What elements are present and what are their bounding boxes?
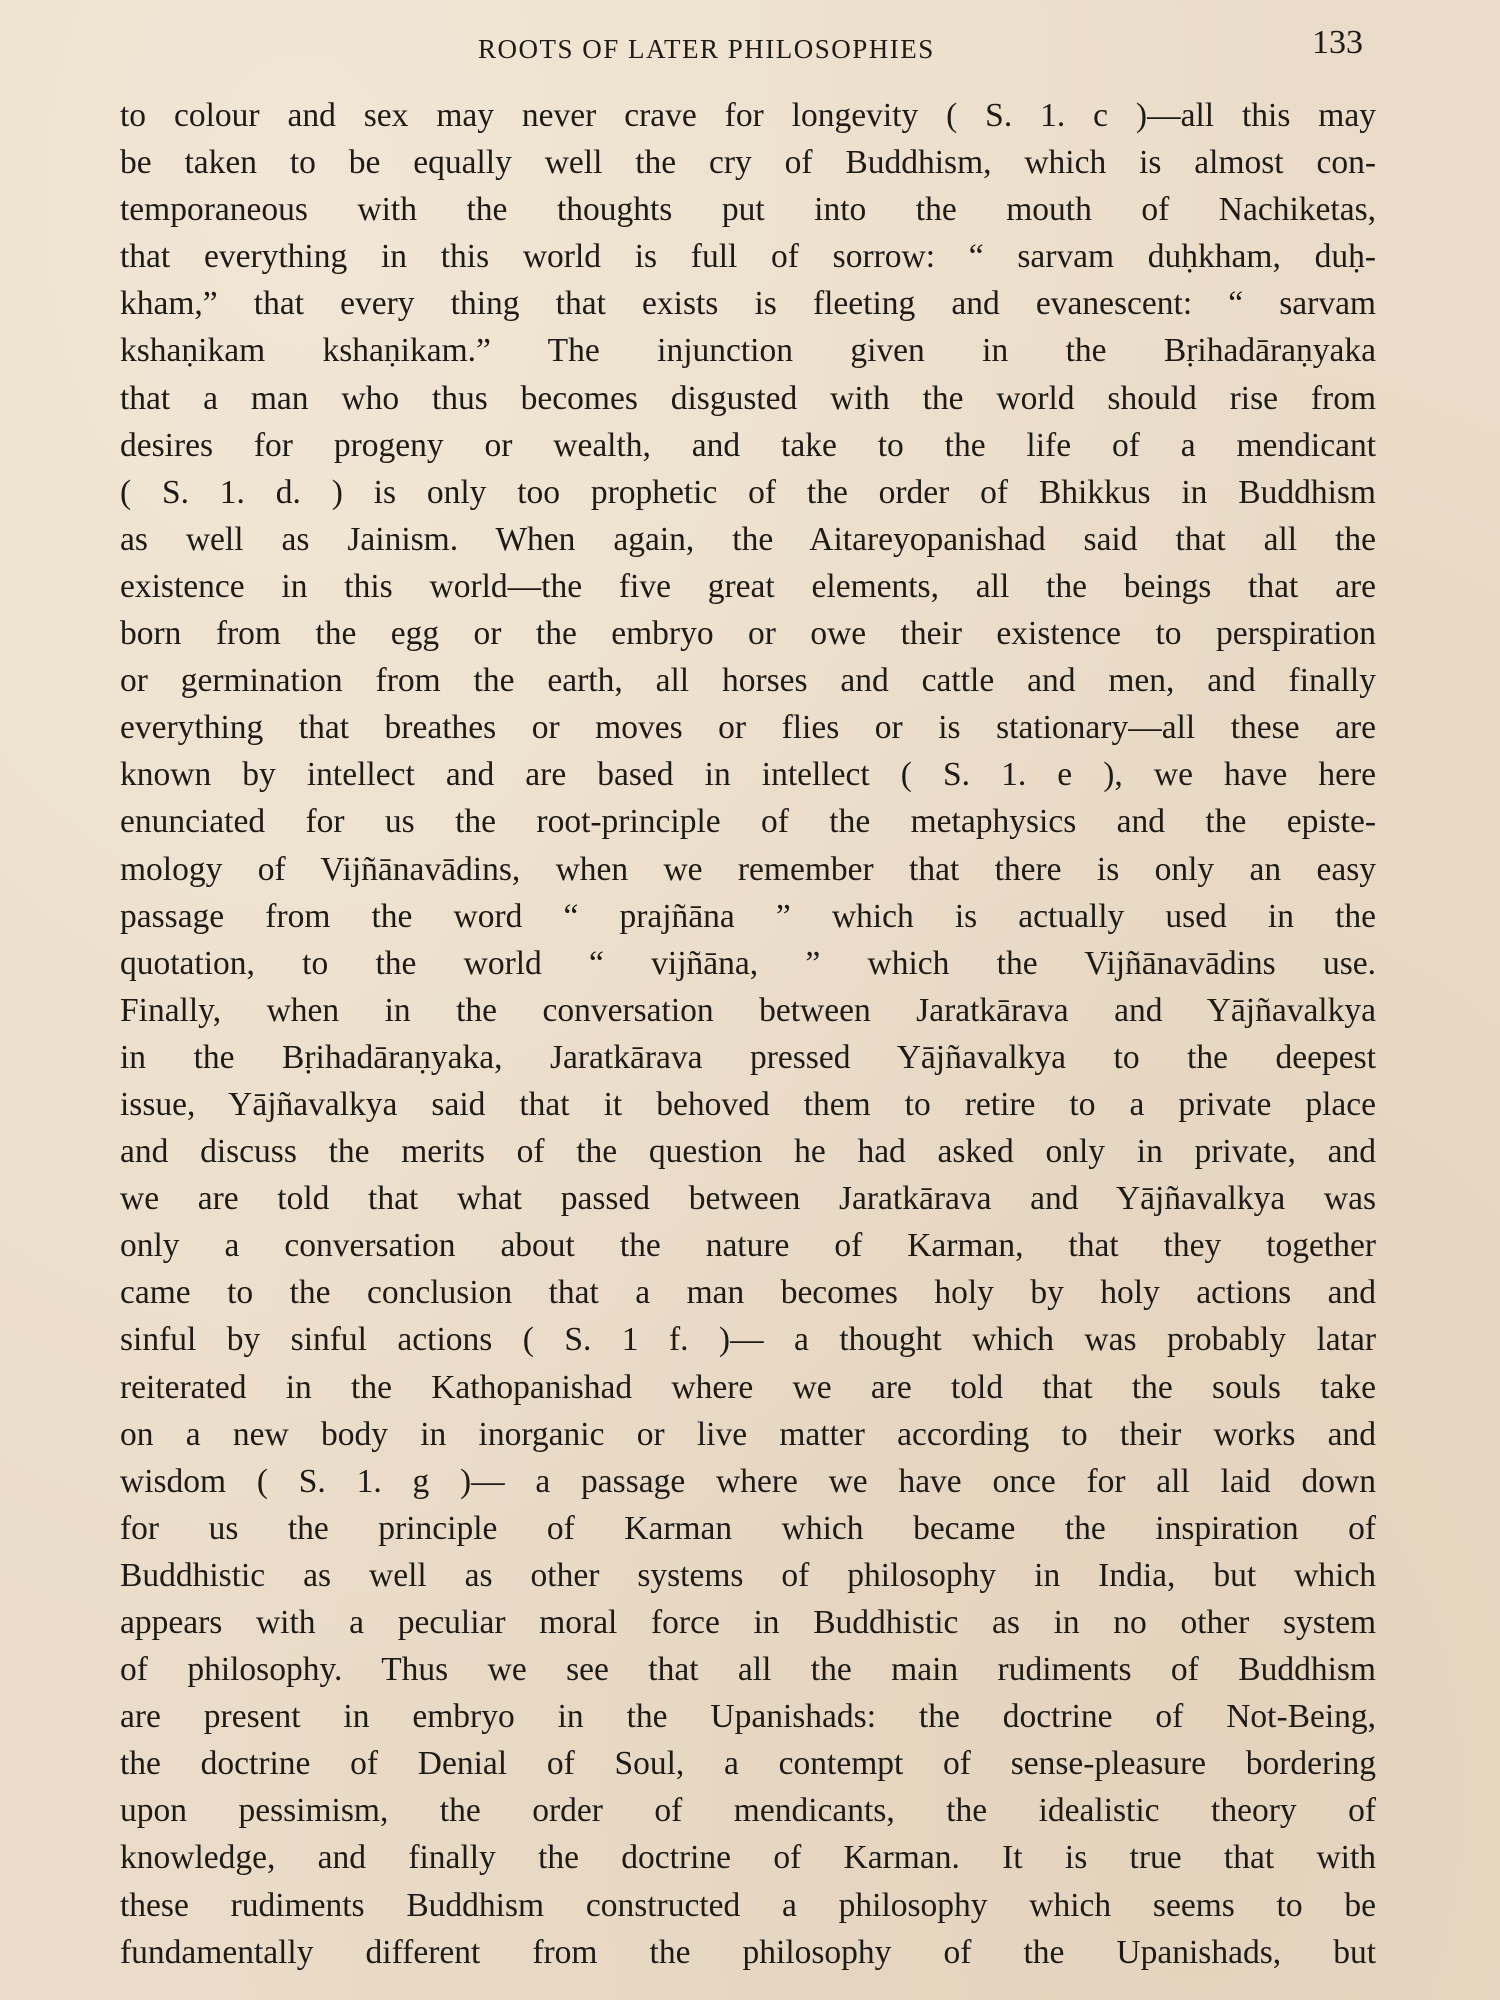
text-line: in the Bṛihadāraṇyaka, Jaratkārava press… <box>120 1034 1376 1081</box>
text-line: upon pessimism, the order of mendicants,… <box>120 1787 1376 1834</box>
text-line: came to the conclusion that a man become… <box>120 1269 1376 1316</box>
text-line: appears with a peculiar moral force in B… <box>120 1599 1376 1646</box>
text-line: only a conversation about the nature of … <box>120 1222 1376 1269</box>
text-line: reiterated in the Kathopanishad where we… <box>120 1364 1376 1411</box>
running-title: ROOTS OF LATER PHILOSOPHIES <box>478 34 935 65</box>
text-line: to colour and sex may never crave for lo… <box>120 92 1376 139</box>
text-line: these rudiments Buddhism constructed a p… <box>120 1882 1376 1929</box>
text-line: on a new body in inorganic or live matte… <box>120 1411 1376 1458</box>
text-line: mology of Vijñānavādins, when we remembe… <box>120 846 1376 893</box>
text-line: desires for progeny or wealth, and take … <box>120 422 1376 469</box>
text-line: Finally, when in the conversation betwee… <box>120 987 1376 1034</box>
page-number: 133 <box>1312 24 1363 62</box>
text-line: kshaṇikam kshaṇikam.” The injunction giv… <box>120 327 1376 374</box>
running-head: ROOTS OF LATER PHILOSOPHIES 133 <box>0 28 1500 68</box>
text-line: the doctrine of Denial of Soul, a contem… <box>120 1740 1376 1787</box>
text-line: temporaneous with the thoughts put into … <box>120 186 1376 233</box>
text-line: passage from the word “ prajñāna ” which… <box>120 893 1376 940</box>
text-line: and discuss the merits of the question h… <box>120 1128 1376 1175</box>
text-line: be taken to be equally well the cry of B… <box>120 139 1376 186</box>
text-line: Buddhistic as well as other systems of p… <box>120 1552 1376 1599</box>
text-line: sinful by sinful actions ( S. 1 f. )— a … <box>120 1316 1376 1363</box>
text-line: we are told that what passed between Jar… <box>120 1175 1376 1222</box>
text-line: for us the principle of Karman which bec… <box>120 1505 1376 1552</box>
text-line: knowledge, and finally the doctrine of K… <box>120 1834 1376 1881</box>
text-line: born from the egg or the embryo or owe t… <box>120 610 1376 657</box>
text-line: or germination from the earth, all horse… <box>120 657 1376 704</box>
text-line: that everything in this world is full of… <box>120 233 1376 280</box>
text-line: existence in this world—the five great e… <box>120 563 1376 610</box>
text-line: enunciated for us the root-principle of … <box>120 798 1376 845</box>
text-line: fundamentally different from the philoso… <box>120 1929 1376 1976</box>
text-line: ( S. 1. d. ) is only too prophetic of th… <box>120 469 1376 516</box>
text-line: kham,” that every thing that exists is f… <box>120 280 1376 327</box>
text-line: known by intellect and are based in inte… <box>120 751 1376 798</box>
text-line: quotation, to the world “ vijñāna, ” whi… <box>120 940 1376 987</box>
body-text: to colour and sex may never crave for lo… <box>120 92 1376 1976</box>
text-line: issue, Yājñavalkya said that it behoved … <box>120 1081 1376 1128</box>
book-page: ROOTS OF LATER PHILOSOPHIES 133 to colou… <box>0 0 1500 2000</box>
text-line: wisdom ( S. 1. g )— a passage where we h… <box>120 1458 1376 1505</box>
text-line: that a man who thus becomes disgusted wi… <box>120 375 1376 422</box>
text-line: everything that breathes or moves or fli… <box>120 704 1376 751</box>
text-line: are present in embryo in the Upanishads:… <box>120 1693 1376 1740</box>
text-line: of philosophy. Thus we see that all the … <box>120 1646 1376 1693</box>
text-line: as well as Jainism. When again, the Aita… <box>120 516 1376 563</box>
